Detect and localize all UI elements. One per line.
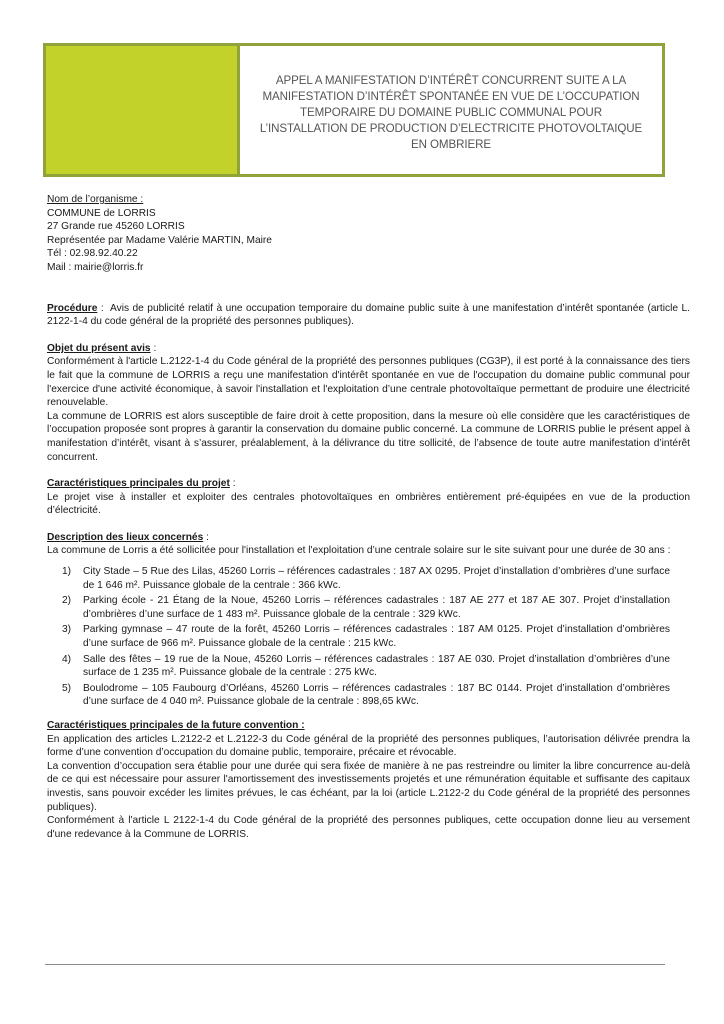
objet-paragraph: La commune de LORRIS est alors susceptib…	[47, 410, 690, 464]
organisme-representative: Représentée par Madame Valérie MARTIN, M…	[47, 234, 690, 248]
list-number: 3)	[47, 623, 83, 650]
objet-section: Objet du présent avis : Conformément à l…	[47, 342, 690, 464]
lieux-label: Description des lieux concernés	[47, 532, 203, 543]
list-number: 2)	[47, 594, 83, 621]
label-separator: :	[203, 532, 209, 543]
projet-paragraph: Le projet vise à installer et exploiter …	[47, 491, 690, 518]
title-line: L’INSTALLATION DE PRODUCTION D’ELECTRICI…	[260, 121, 642, 137]
objet-paragraph: Conformément à l'article L.2122-1-4 du C…	[47, 355, 690, 409]
site-description: Parking gymnase – 47 route de la forêt, …	[83, 623, 670, 650]
convention-label: Caractéristiques principales de la futur…	[47, 719, 690, 733]
list-item: 5)Boulodrome – 105 Faubourg d’Orléans, 4…	[47, 682, 690, 709]
list-item: 4)Salle des fêtes – 19 rue de la Noue, 4…	[47, 653, 690, 680]
procedure-paragraph: Procédure : Avis de publicité relatif à …	[47, 302, 690, 329]
title-box: APPEL A MANIFESTATION D’INTÉRÊT CONCURRE…	[43, 43, 665, 177]
lieux-section: Description des lieux concernés : La com…	[47, 531, 690, 709]
organisme-label: Nom de l’organisme :	[47, 193, 690, 207]
lieux-intro: La commune de Lorris a été sollicitée po…	[47, 544, 690, 558]
procedure-text: Avis de publicité relatif à une occupati…	[47, 303, 690, 328]
organisme-address: 27 Grande rue 45260 LORRIS	[47, 220, 690, 234]
projet-section: Caractéristiques principales du projet :…	[47, 477, 690, 518]
accent-block	[46, 46, 240, 174]
site-description: Boulodrome – 105 Faubourg d’Orléans, 452…	[83, 682, 670, 709]
list-number: 4)	[47, 653, 83, 680]
document-body: Nom de l’organisme : COMMUNE de LORRIS 2…	[47, 193, 690, 841]
site-description: City Stade – 5 Rue des Lilas, 45260 Lorr…	[83, 565, 670, 592]
convention-section: Caractéristiques principales de la futur…	[47, 719, 690, 841]
label-separator: :	[230, 478, 236, 489]
projet-label: Caractéristiques principales du projet	[47, 478, 230, 489]
organisme-mail: Mail : mairie@lorris.fr	[47, 261, 690, 275]
title-line: APPEL A MANIFESTATION D’INTÉRÊT CONCURRE…	[260, 73, 642, 89]
organisme-phone: Tél : 02.98.92.40.22	[47, 247, 690, 261]
list-item: 1)City Stade – 5 Rue des Lilas, 45260 Lo…	[47, 565, 690, 592]
sites-list: 1)City Stade – 5 Rue des Lilas, 45260 Lo…	[47, 565, 690, 709]
organisme-section: Nom de l’organisme : COMMUNE de LORRIS 2…	[47, 193, 690, 275]
list-number: 1)	[47, 565, 83, 592]
convention-paragraph: La convention d’occupation sera établie …	[47, 760, 690, 814]
label-separator: :	[151, 343, 157, 354]
objet-label: Objet du présent avis	[47, 343, 151, 354]
title-line: EN OMBRIERE	[260, 137, 642, 153]
procedure-section: Procédure : Avis de publicité relatif à …	[47, 302, 690, 329]
list-number: 5)	[47, 682, 83, 709]
list-item: 2)Parking école - 21 Étang de la Noue, 4…	[47, 594, 690, 621]
organisme-name: COMMUNE de LORRIS	[47, 207, 690, 221]
label-separator: :	[97, 303, 110, 314]
convention-paragraph: En application des articles L.2122-2 et …	[47, 733, 690, 760]
site-description: Parking école - 21 Étang de la Noue, 452…	[83, 594, 670, 621]
procedure-label: Procédure	[47, 303, 97, 314]
document-title: APPEL A MANIFESTATION D’INTÉRÊT CONCURRE…	[240, 46, 662, 174]
title-line: TEMPORAIRE DU DOMAINE PUBLIC COMMUNAL PO…	[260, 105, 642, 121]
title-line: MANIFESTATION D’INTÉRÊT SPONTANÉE EN VUE…	[260, 89, 642, 105]
site-description: Salle des fêtes – 19 rue de la Noue, 452…	[83, 653, 670, 680]
list-item: 3)Parking gymnase – 47 route de la forêt…	[47, 623, 690, 650]
convention-paragraph: Conformément à l'article L 2122-1-4 du C…	[47, 814, 690, 841]
footer-divider	[45, 964, 665, 965]
